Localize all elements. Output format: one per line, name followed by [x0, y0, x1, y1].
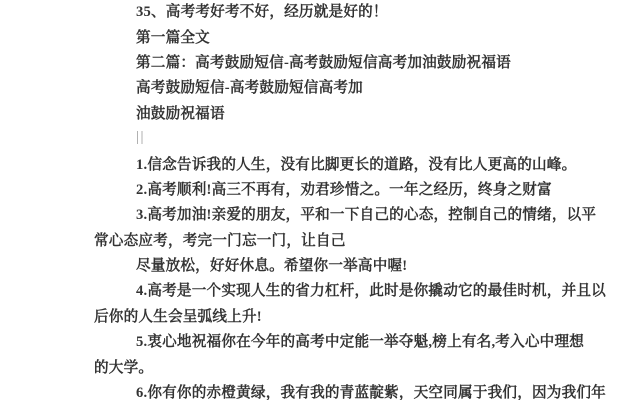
document-page: 35、高考考好考不好，经历就是好的！ 第一篇全文 第二篇：高考鼓励短信-高考鼓励… [0, 0, 640, 400]
text-line: 5.衷心地祝福你在今年的高考中定能一举夺魁,榜上有名,考入心中理想 [0, 328, 640, 353]
text-line: 第一篇全文 [0, 23, 640, 48]
text-line-content: 35、高考考好考不好，经历就是好的！ [136, 0, 388, 21]
text-line-content: 高考鼓励短信-高考鼓励短信高考加 [136, 76, 363, 97]
text-line: 高考鼓励短信-高考鼓励短信高考加 [0, 74, 640, 99]
text-line-content: 3.高考加油!亲爱的朋友，平和一下自己的心态，控制自己的情绪，以平 [136, 203, 596, 224]
text-line-content: 常心态应考，考完一门忘一门，让自己 [94, 229, 346, 250]
document-content: 35、高考考好考不好，经历就是好的！ 第一篇全文 第二篇：高考鼓励短信-高考鼓励… [0, 0, 640, 400]
text-line-content: 5.衷心地祝福你在今年的高考中定能一举夺魁,榜上有名,考入心中理想 [136, 330, 584, 351]
text-line-content: 的大学。 [94, 356, 153, 377]
text-line: 2.高考顺利!高三不再有，劝君珍惜之。一年之经历，终身之财富 [0, 176, 640, 201]
text-line-content: 油鼓励祝福语 [136, 102, 225, 123]
text-line: 1.信念告诉我的人生，没有比脚更长的道路，没有比人更高的山峰。 [0, 150, 640, 175]
text-line: 后你的人生会呈弧线上升! [0, 303, 640, 328]
text-line-content: || [136, 129, 145, 146]
text-line: 3.高考加油!亲爱的朋友，平和一下自己的心态，控制自己的情绪，以平 [0, 201, 640, 226]
text-line-content: 第一篇全文 [136, 26, 210, 47]
text-line: 第二篇：高考鼓励短信-高考鼓励短信高考加油鼓励祝福语 [0, 49, 640, 74]
text-line-content: 6.你有你的赤橙黄绿，我有我的青蓝靛紫，天空同属于我们，因为我们年 [136, 381, 606, 400]
text-line-content: 后你的人生会呈弧线上升! [94, 305, 262, 326]
text-line: 的大学。 [0, 353, 640, 378]
text-line: 35、高考考好考不好，经历就是好的！ [0, 0, 640, 23]
text-line-content: 第二篇：高考鼓励短信-高考鼓励短信高考加油鼓励祝福语 [136, 51, 511, 72]
text-line: || [0, 125, 640, 150]
text-line: 6.你有你的赤橙黄绿，我有我的青蓝靛紫，天空同属于我们，因为我们年 [0, 379, 640, 400]
text-line: 4.高考是一个实现人生的省力杠杆，此时是你撬动它的最佳时机，并且以 [0, 277, 640, 302]
text-line-content: 尽量放松，好好休息。希望你一举高中喔! [136, 254, 407, 275]
text-line: 常心态应考，考完一门忘一门，让自己 [0, 227, 640, 252]
text-line: 尽量放松，好好休息。希望你一举高中喔! [0, 252, 640, 277]
text-line-content: 2.高考顺利!高三不再有，劝君珍惜之。一年之经历，终身之财富 [136, 178, 552, 199]
text-line-content: 4.高考是一个实现人生的省力杠杆，此时是你撬动它的最佳时机，并且以 [136, 279, 606, 300]
text-line: 油鼓励祝福语 [0, 100, 640, 125]
text-line-content: 1.信念告诉我的人生，没有比脚更长的道路，没有比人更高的山峰。 [136, 153, 576, 174]
